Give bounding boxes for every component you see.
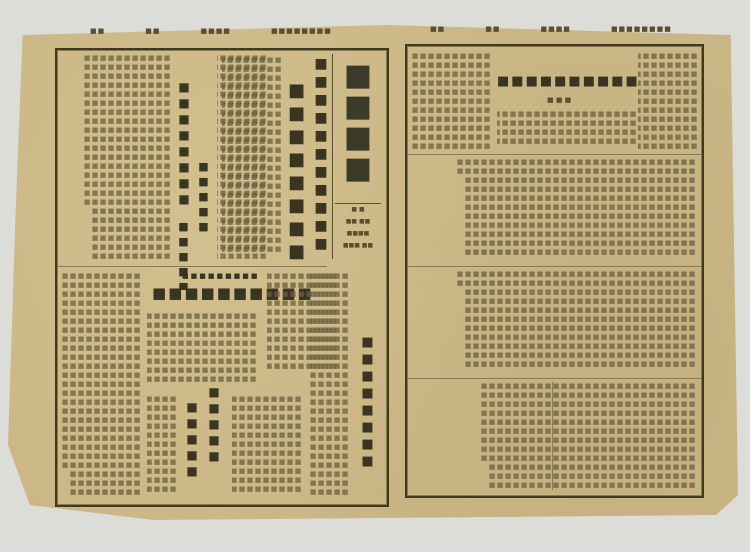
byline: ■ ■ ■ — [547, 96, 571, 104]
right-page-header: ■■ ■■ ■■■■ ■■■■■■■■ — [430, 22, 672, 36]
issue-date: ■■■■■■■■ — [611, 25, 672, 33]
lower-kicker: ■■■■■■■■■ — [182, 272, 260, 280]
main-headline-2: ■■■■■■■■■■■ — [286, 80, 307, 260]
right-headline: ■■■■■■■■■■ — [497, 74, 640, 89]
article-body: ■■■■■■■■■■■■■■■■■■■■■■■■■■■■■■■■■■■■■■■■… — [638, 52, 698, 152]
story-headline-b: ■■■■■ — [197, 160, 210, 240]
section-rule — [407, 154, 702, 155]
article-body: ■■■■■■■■■■■■■■■■■■■■■■■■■■■■■■■■■■■■■■■■… — [147, 395, 177, 495]
masthead: ■■■■ ■ ■ ■■ ■■ ■■■■ ■■■ ■■ — [332, 54, 383, 259]
left-page-header: ■■ ■■ ■■■■ ■■■■■■■■ — [90, 24, 332, 38]
right-page: ■■■■■■■■■■ ■ ■ ■ ■■■■■■■■■■■■■■■■■■■■■■■… — [405, 44, 704, 498]
article-body: ■■■■■■■■■■■■■■■■■■■■■■■■■■■■■■■■■■■■■■■■… — [411, 270, 696, 375]
masthead-info: ■ ■ ■■ ■■ ■■■■ ■■■ ■■ — [335, 203, 381, 259]
article-body: ■■■■■■■■■■■■■■■■■■■■■■■■■■■■■■■■■■■■■■■■… — [309, 272, 349, 497]
page-number: ■■ — [430, 25, 445, 33]
paper-name: ■■■■ — [200, 27, 230, 35]
section-rule — [407, 266, 702, 267]
article-body: ■■■■■■■■■■■■■■■■■■■■■■■■■■■■■■■■■■■■■■■■… — [61, 272, 141, 497]
masthead-title: ■■■■ — [341, 58, 376, 182]
bottom-headline-b: ■■■■■ — [185, 400, 199, 490]
main-headline-1: ■■■■■■■■■■■■ — [313, 56, 329, 256]
lower-right-headline: ■■■■■■■■ — [360, 335, 375, 495]
bottom-headline-a: ■■■■■ — [207, 385, 221, 475]
page-label: ■■ — [485, 25, 500, 33]
article-body: ■■■■■■■■■■■■■■■■■■■■■■■■■■■■■■■■■■■■■■■■… — [61, 54, 171, 264]
article-body: ■■■■■■■■■■■■■■■■■■■■■■■■■■■■■■■■■■■■■■■■… — [411, 52, 491, 152]
page-label: ■■ — [145, 27, 160, 35]
article-body: ■■■■■■■■■■■■■■■■■■■■■■■■■■■■■■■■■■■■■■■■… — [232, 395, 302, 495]
article-body: ■■■■■■■■■■■■■■■■■■■■■■■■■■■■■■■■■■■■■■■■… — [411, 158, 696, 263]
page-number: ■■ — [90, 27, 105, 35]
article-body: ■■■■■■■■■■■■■■■■■■■■■■■■■■■■■■■■■■■■■■■■… — [147, 312, 257, 392]
paper-name: ■■■■ — [540, 25, 570, 33]
story-headline-a: ■■■■■■■■ — [177, 80, 191, 210]
issue-date: ■■■■■■■■ — [271, 27, 332, 35]
article-body: ■■■■■■■■■■■■■■■■■■■■■■■■■■■■■■■■■■■■■■■■… — [497, 110, 637, 150]
column-rule — [552, 382, 553, 490]
section-rule — [57, 266, 327, 267]
section-rule — [407, 378, 702, 379]
article-body: ■■■■■■■■■■■■■■■■■■■■■■■■■■■■■■■■■■■■■■■■… — [411, 382, 696, 490]
article-body: ■■■■■■■■■■■■■■■■■■■■■■■■■■■■■■■■■■■■■■■■… — [217, 54, 267, 264]
left-page: ■■■■ ■ ■ ■■ ■■ ■■■■ ■■■ ■■ ■■■■■■■■■■■■ … — [55, 48, 389, 507]
